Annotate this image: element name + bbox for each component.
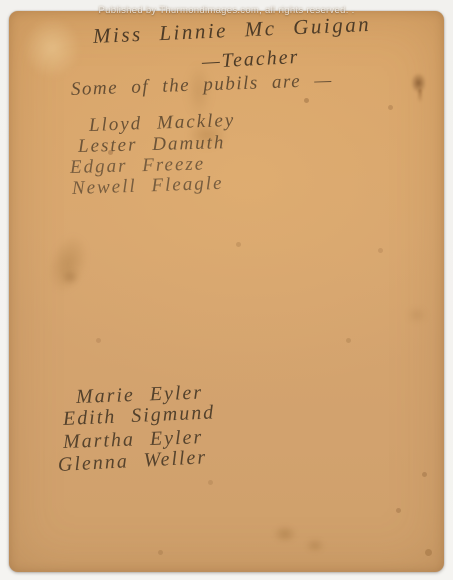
pupil-name: Marie Eyler <box>76 382 204 409</box>
teacher-role-handwriting: —Teacher <box>201 46 300 74</box>
stain <box>23 17 81 79</box>
pupil-name: Lloyd Mackley <box>89 110 236 137</box>
pupil-name: Edgar Freeze <box>70 153 206 179</box>
stain <box>187 63 211 119</box>
stain <box>418 89 422 103</box>
intro-line-handwriting: Some of the pubils are — <box>71 70 333 101</box>
pupil-name: Glenna Weller <box>57 446 207 477</box>
stain <box>411 73 426 93</box>
stain <box>40 229 95 300</box>
stain <box>273 525 297 543</box>
paper-speckles <box>9 11 12 14</box>
stain <box>187 121 227 149</box>
photo-back-card: Miss Linnie Mc Guigan —Teacher Some of t… <box>9 11 444 572</box>
pupil-name: Edith Sigmund <box>62 401 215 431</box>
teacher-name-handwriting: Miss Linnie Mc Guigan <box>92 12 371 49</box>
pupil-name: Newell Fleagle <box>72 173 224 200</box>
stain <box>407 307 427 323</box>
stain <box>61 269 79 285</box>
pupil-name: Martha Eyler <box>63 426 204 454</box>
pupil-name: Lester Damuth <box>78 132 226 158</box>
scan-background: Miss Linnie Mc Guigan —Teacher Some of t… <box>0 0 453 580</box>
stain <box>305 538 325 553</box>
